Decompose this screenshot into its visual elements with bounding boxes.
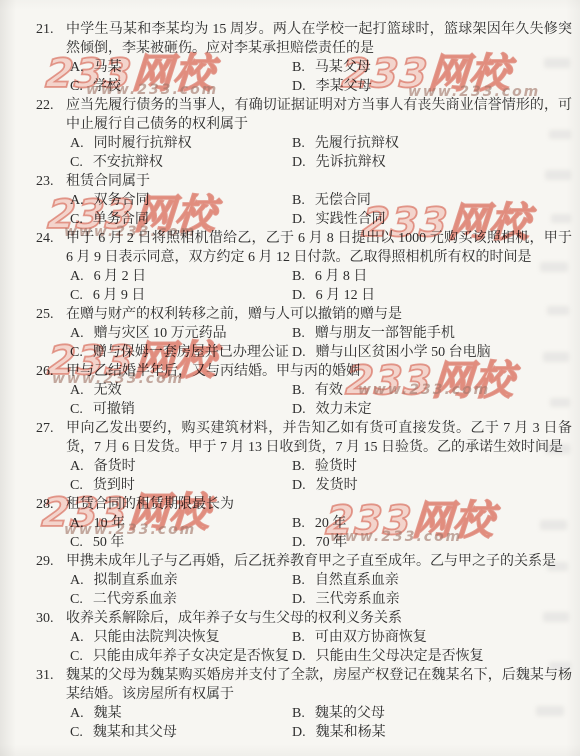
option-text: 魏某和其父母 [93, 725, 177, 740]
answer-option: D.实践性合同 [292, 210, 572, 229]
question-text: 甲于 6 月 2 日将照相机借给乙，乙于 6 月 8 日提出以 1000 元购买… [66, 229, 572, 267]
option-label: A. [70, 193, 84, 208]
option-row: C.不安抗辩权D.先诉抗辩权 [66, 153, 572, 172]
option-row: A.10 年B.20 年 [66, 514, 572, 533]
answer-option: A.魏某 [70, 704, 292, 723]
option-label: B. [292, 136, 305, 151]
option-label: C. [70, 212, 83, 227]
question-body: 甲与乙结婚半年后，又与丙结婚。甲与丙的婚姻A.无效B.有效C.可撤销D.效力未定 [66, 362, 572, 419]
answer-option: B.魏某的父母 [292, 704, 572, 723]
option-label: B. [292, 383, 305, 398]
option-text: 6 月 2 日 [94, 269, 147, 284]
option-row: C.50 年D.70 年 [66, 533, 572, 552]
option-label: A. [70, 459, 84, 474]
option-text: 不安抗辩权 [93, 155, 163, 170]
answer-option: C.只能由成年养子女决定是否恢复 [70, 647, 292, 666]
option-label: D. [292, 402, 306, 417]
option-label: C. [70, 79, 83, 94]
answer-option: C.学校 [70, 77, 292, 96]
option-label: B. [292, 706, 305, 721]
option-text: 6 月 9 日 [93, 288, 146, 303]
question-number: 22. [36, 96, 66, 115]
option-label: D. [292, 345, 306, 360]
answer-option: C.赠与保姆一套房屋并已办理公证 [70, 343, 292, 362]
option-label: D. [292, 288, 306, 303]
answer-option: B.20 年 [292, 514, 572, 533]
answer-option: D.发货时 [292, 476, 572, 495]
option-text: 可撤销 [93, 402, 135, 417]
answer-option: C.6 月 9 日 [70, 286, 292, 305]
answer-option: D.先诉抗辩权 [292, 153, 572, 172]
question-text: 收养关系解除后，成年养子女与生父母的权利义务关系 [66, 609, 572, 628]
question-number: 25. [36, 305, 66, 324]
option-label: D. [292, 592, 306, 607]
answer-option: B.无偿合同 [292, 191, 572, 210]
question-text: 在赠与财产的权利转移之前，赠与人可以撤销的赠与是 [66, 305, 572, 324]
question-item: 22.应当先履行债务的当事人，有确切证据证明对方当事人有丧失商业信誉情形的，可中… [36, 96, 572, 172]
option-text: 学校 [93, 79, 121, 94]
question-text: 甲向乙发出要约，购买建筑材料，并告知乙如有货可直接发货。乙于 7 月 3 日备货… [66, 419, 572, 457]
option-text: 只能由生父母决定是否恢复 [316, 649, 484, 664]
option-text: 先诉抗辩权 [316, 155, 386, 170]
question-number: 21. [36, 20, 66, 39]
answer-option: C.货到时 [70, 476, 292, 495]
option-text: 70 年 [316, 535, 348, 550]
option-label: D. [292, 79, 306, 94]
option-text: 货到时 [93, 478, 135, 493]
option-row: C.二代旁系血亲D.三代旁系血亲 [66, 590, 572, 609]
question-item: 21.中学生马某和李某均为 15 周岁。两人在学校一起打篮球时，篮球架因年久失修… [36, 20, 572, 96]
question-number: 29. [36, 552, 66, 571]
option-text: 可由双方协商恢复 [315, 630, 427, 645]
option-row: A.赠与灾区 10 万元药品B.赠与朋友一部智能手机 [66, 324, 572, 343]
answer-option: B.有效 [292, 381, 572, 400]
option-text: 6 月 8 日 [315, 269, 368, 284]
option-text: 单务合同 [93, 212, 149, 227]
option-text: 李某父母 [316, 79, 372, 94]
option-text: 有效 [315, 383, 343, 398]
option-text: 自然直系血亲 [315, 573, 399, 588]
question-item: 30.收养关系解除后，成年养子女与生父母的权利义务关系A.只能由法院判决恢复B.… [36, 609, 572, 666]
question-number: 27. [36, 419, 66, 438]
option-label: C. [70, 288, 83, 303]
question-text: 应当先履行债务的当事人，有确切证据证明对方当事人有丧失商业信誉情形的，可中止履行… [66, 96, 572, 134]
option-text: 只能由成年养子女决定是否恢复 [93, 649, 289, 664]
answer-option: C.50 年 [70, 533, 292, 552]
option-text: 效力未定 [316, 402, 372, 417]
question-number: 24. [36, 229, 66, 248]
answer-option: C.不安抗辩权 [70, 153, 292, 172]
option-label: B. [292, 326, 305, 341]
option-text: 只能由法院判决恢复 [94, 630, 220, 645]
question-item: 26.甲与乙结婚半年后，又与丙结婚。甲与丙的婚姻A.无效B.有效C.可撤销D.效… [36, 362, 572, 419]
option-row: C.赠与保姆一套房屋并已办理公证D.赠与山区贫困小学 50 台电脑 [66, 343, 572, 362]
answer-option: D.70 年 [292, 533, 572, 552]
option-text: 无偿合同 [315, 193, 371, 208]
answer-option: C.二代旁系血亲 [70, 590, 292, 609]
option-text: 三代旁系血亲 [316, 592, 400, 607]
option-label: C. [70, 725, 83, 740]
option-text: 赠与山区贫困小学 50 台电脑 [316, 345, 491, 360]
question-body: 甲携未成年儿子与乙再婚，后乙抚养教育甲之子直至成年。乙与甲之子的关系是A.拟制直… [66, 552, 572, 609]
option-text: 50 年 [93, 535, 125, 550]
option-text: 魏某 [94, 706, 122, 721]
answer-option: A.10 年 [70, 514, 292, 533]
question-item: 29.甲携未成年儿子与乙再婚，后乙抚养教育甲之子直至成年。乙与甲之子的关系是A.… [36, 552, 572, 609]
option-row: C.可撤销D.效力未定 [66, 400, 572, 419]
answer-option: C.魏某和其父母 [70, 723, 292, 742]
option-row: A.6 月 2 日B.6 月 8 日 [66, 267, 572, 286]
answer-option: B.验货时 [292, 457, 572, 476]
answer-option: A.无效 [70, 381, 292, 400]
option-label: A. [70, 383, 84, 398]
option-label: D. [292, 535, 306, 550]
answer-option: D.赠与山区贫困小学 50 台电脑 [292, 343, 572, 362]
option-text: 发货时 [316, 478, 358, 493]
answer-option: B.自然直系血亲 [292, 571, 572, 590]
option-label: A. [70, 326, 84, 341]
answer-option: A.马某 [70, 58, 292, 77]
option-text: 实践性合同 [316, 212, 386, 227]
option-label: B. [292, 630, 305, 645]
answer-option: D.效力未定 [292, 400, 572, 419]
question-item: 25.在赠与财产的权利转移之前，赠与人可以撤销的赠与是A.赠与灾区 10 万元药… [36, 305, 572, 362]
question-number: 30. [36, 609, 66, 628]
answer-option: B.可由双方协商恢复 [292, 628, 572, 647]
question-text: 甲与乙结婚半年后，又与丙结婚。甲与丙的婚姻 [66, 362, 572, 381]
question-item: 23.租赁合同属于A.双务合同B.无偿合同C.单务合同D.实践性合同 [36, 172, 572, 229]
answer-option: C.可撤销 [70, 400, 292, 419]
option-label: C. [70, 402, 83, 417]
answer-option: A.备货时 [70, 457, 292, 476]
option-text: 20 年 [315, 516, 347, 531]
option-row: C.6 月 9 日D.6 月 12 日 [66, 286, 572, 305]
question-body: 应当先履行债务的当事人，有确切证据证明对方当事人有丧失商业信誉情形的，可中止履行… [66, 96, 572, 172]
option-label: A. [70, 706, 84, 721]
question-text: 租赁合同属于 [66, 172, 572, 191]
option-text: 6 月 12 日 [316, 288, 376, 303]
answer-option: B.6 月 8 日 [292, 267, 572, 286]
option-label: B. [292, 60, 305, 75]
option-row: A.无效B.有效 [66, 381, 572, 400]
option-label: B. [292, 193, 305, 208]
option-text: 同时履行抗辩权 [94, 136, 192, 151]
option-text: 赠与朋友一部智能手机 [315, 326, 455, 341]
answer-option: D.李某父母 [292, 77, 572, 96]
answer-option: C.单务合同 [70, 210, 292, 229]
option-label: A. [70, 136, 84, 151]
option-row: A.只能由法院判决恢复B.可由双方协商恢复 [66, 628, 572, 647]
option-text: 先履行抗辩权 [315, 136, 399, 151]
option-text: 马某 [94, 60, 122, 75]
option-row: C.魏某和其父母D.魏某和杨某 [66, 723, 572, 742]
question-body: 甲向乙发出要约，购买建筑材料，并告知乙如有货可直接发货。乙于 7 月 3 日备货… [66, 419, 572, 495]
question-number: 31. [36, 666, 66, 685]
option-label: C. [70, 592, 83, 607]
question-item: 28.租赁合同的租赁期限最长为A.10 年B.20 年C.50 年D.70 年 [36, 495, 572, 552]
option-text: 无效 [94, 383, 122, 398]
option-row: A.马某B.马某父母 [66, 58, 572, 77]
option-row: A.魏某B.魏某的父母 [66, 704, 572, 723]
question-body: 租赁合同的租赁期限最长为A.10 年B.20 年C.50 年D.70 年 [66, 495, 572, 552]
option-row: C.单务合同D.实践性合同 [66, 210, 572, 229]
answer-option: A.只能由法院判决恢复 [70, 628, 292, 647]
option-label: C. [70, 478, 83, 493]
option-text: 马某父母 [315, 60, 371, 75]
question-item: 24.甲于 6 月 2 日将照相机借给乙，乙于 6 月 8 日提出以 1000 … [36, 229, 572, 305]
answer-option: D.只能由生父母决定是否恢复 [292, 647, 572, 666]
option-label: A. [70, 269, 84, 284]
answer-option: A.赠与灾区 10 万元药品 [70, 324, 292, 343]
option-text: 二代旁系血亲 [93, 592, 177, 607]
answer-option: D.6 月 12 日 [292, 286, 572, 305]
question-text: 魏某的父母为魏某购买婚房并支付了全款，房屋产权登记在魏某名下，后魏某与杨某结婚。… [66, 666, 572, 704]
answer-option: A.拟制直系血亲 [70, 571, 292, 590]
option-text: 验货时 [315, 459, 357, 474]
option-row: C.只能由成年养子女决定是否恢复D.只能由生父母决定是否恢复 [66, 647, 572, 666]
option-text: 魏某和杨某 [316, 725, 386, 740]
answer-option: D.三代旁系血亲 [292, 590, 572, 609]
answer-option: A.6 月 2 日 [70, 267, 292, 286]
option-label: D. [292, 478, 306, 493]
option-text: 备货时 [94, 459, 136, 474]
option-row: A.同时履行抗辩权B.先履行抗辩权 [66, 134, 572, 153]
question-number: 26. [36, 362, 66, 381]
question-number: 23. [36, 172, 66, 191]
option-label: A. [70, 60, 84, 75]
option-text: 魏某的父母 [315, 706, 385, 721]
option-label: D. [292, 212, 306, 227]
option-label: D. [292, 649, 306, 664]
option-label: B. [292, 573, 305, 588]
option-label: D. [292, 155, 306, 170]
question-text: 租赁合同的租赁期限最长为 [66, 495, 572, 514]
answer-option: B.赠与朋友一部智能手机 [292, 324, 572, 343]
option-text: 10 年 [94, 516, 126, 531]
option-label: B. [292, 516, 305, 531]
option-row: A.双务合同B.无偿合同 [66, 191, 572, 210]
question-body: 甲于 6 月 2 日将照相机借给乙，乙于 6 月 8 日提出以 1000 元购买… [66, 229, 572, 305]
option-text: 双务合同 [94, 193, 150, 208]
question-text: 甲携未成年儿子与乙再婚，后乙抚养教育甲之子直至成年。乙与甲之子的关系是 [66, 552, 572, 571]
option-text: 赠与保姆一套房屋并已办理公证 [93, 345, 289, 360]
option-label: C. [70, 155, 83, 170]
question-item: 27.甲向乙发出要约，购买建筑材料，并告知乙如有货可直接发货。乙于 7 月 3 … [36, 419, 572, 495]
answer-option: B.先履行抗辩权 [292, 134, 572, 153]
question-body: 租赁合同属于A.双务合同B.无偿合同C.单务合同D.实践性合同 [66, 172, 572, 229]
question-body: 收养关系解除后，成年养子女与生父母的权利义务关系A.只能由法院判决恢复B.可由双… [66, 609, 572, 666]
question-item: 31.魏某的父母为魏某购买婚房并支付了全款，房屋产权登记在魏某名下，后魏某与杨某… [36, 666, 572, 742]
question-body: 在赠与财产的权利转移之前，赠与人可以撤销的赠与是A.赠与灾区 10 万元药品B.… [66, 305, 572, 362]
option-label: A. [70, 630, 84, 645]
question-body: 魏某的父母为魏某购买婚房并支付了全款，房屋产权登记在魏某名下，后魏某与杨某结婚。… [66, 666, 572, 742]
question-list: 21.中学生马某和李某均为 15 周岁。两人在学校一起打篮球时，篮球架因年久失修… [0, 0, 580, 742]
option-label: B. [292, 269, 305, 284]
option-row: C.货到时D.发货时 [66, 476, 572, 495]
option-row: A.备货时B.验货时 [66, 457, 572, 476]
option-label: A. [70, 516, 84, 531]
answer-option: D.魏某和杨某 [292, 723, 572, 742]
option-row: C.学校D.李某父母 [66, 77, 572, 96]
question-number: 28. [36, 495, 66, 514]
option-label: D. [292, 725, 306, 740]
option-text: 拟制直系血亲 [94, 573, 178, 588]
answer-option: A.双务合同 [70, 191, 292, 210]
question-text: 中学生马某和李某均为 15 周岁。两人在学校一起打篮球时，篮球架因年久失修突然倾… [66, 20, 572, 58]
option-label: A. [70, 573, 84, 588]
scanned-exam-page: 21.中学生马某和李某均为 15 周岁。两人在学校一起打篮球时，篮球架因年久失修… [0, 0, 580, 756]
option-label: C. [70, 535, 83, 550]
option-text: 赠与灾区 10 万元药品 [94, 326, 227, 341]
answer-option: B.马某父母 [292, 58, 572, 77]
option-label: C. [70, 649, 83, 664]
answer-option: A.同时履行抗辩权 [70, 134, 292, 153]
option-label: C. [70, 345, 83, 360]
option-label: B. [292, 459, 305, 474]
question-body: 中学生马某和李某均为 15 周岁。两人在学校一起打篮球时，篮球架因年久失修突然倾… [66, 20, 572, 96]
option-row: A.拟制直系血亲B.自然直系血亲 [66, 571, 572, 590]
